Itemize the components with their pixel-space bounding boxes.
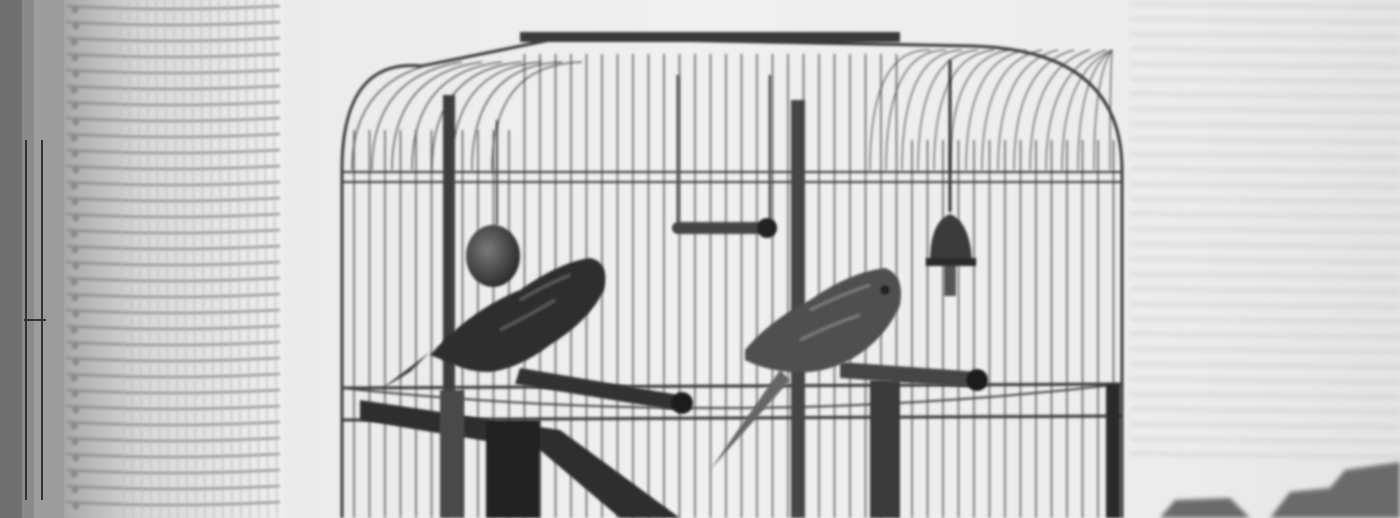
photograph: Black-and-white photograph of two budger… [0,0,1400,518]
window-curtain [64,0,284,518]
photo-scene [0,0,1400,518]
window-frame [0,0,64,518]
